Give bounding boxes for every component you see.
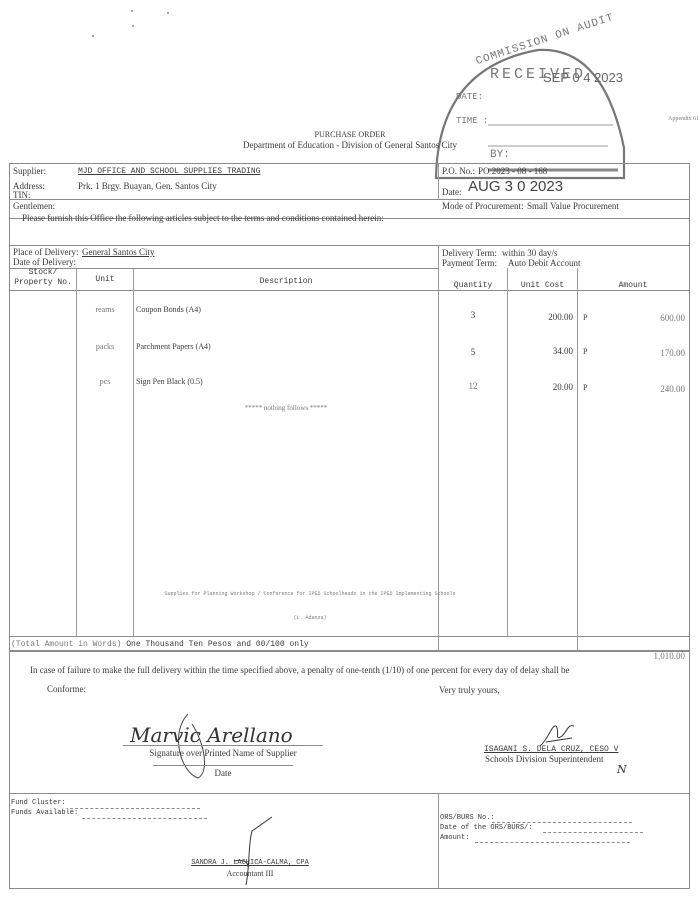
po-date-stamp: AUG 3 0 2023 xyxy=(468,178,563,195)
date-caption: Date xyxy=(153,768,293,779)
total-words-row: (Total Amount in Words) One Thousand Ten… xyxy=(11,639,309,650)
appendix-note: Appendix 61 xyxy=(668,114,699,125)
gentlemen-label: Gentlemen: xyxy=(13,201,55,212)
lower-frame xyxy=(9,650,690,889)
page-title: PURCHASE ORDER xyxy=(240,129,460,140)
ors-amount-label: Amount: xyxy=(440,833,469,844)
row-currency: P xyxy=(583,346,587,357)
penalty-text: In case of failure to make the full deli… xyxy=(30,665,570,676)
row-description: Coupon Bonds (A4) xyxy=(136,304,201,315)
col-header-unit-cost: Unit Cost xyxy=(508,280,577,291)
mode-value: Small Value Procurement xyxy=(527,201,619,212)
gentlemen-text: Please furnish this Office the following… xyxy=(22,213,384,224)
row-quantity: 12 xyxy=(439,381,507,392)
row-unit-cost: 20.00 xyxy=(508,382,573,393)
date-of-delivery-label: Date of Delivery: xyxy=(13,257,76,268)
row-unit-cost: 34.00 xyxy=(508,346,573,357)
col-header-quantity: Quantity xyxy=(439,280,507,291)
col-header-amount: Amount xyxy=(578,280,688,291)
row-currency: P xyxy=(583,312,587,323)
payment-term: Auto Debit Account xyxy=(508,258,581,269)
stamp-time-label: TIME : xyxy=(456,116,488,126)
mode-label: Mode of Procurement: xyxy=(442,201,523,212)
row-amount: 170.00 xyxy=(600,348,685,359)
tin-label: TIN: xyxy=(13,190,31,201)
supplier-label: Supplier: xyxy=(13,166,46,177)
page-subtitle: Department of Education - Division of Ge… xyxy=(160,140,540,151)
po-number-label: P.O. No.: xyxy=(442,166,475,177)
accountant-title: Accountant III xyxy=(190,868,310,879)
supplier-signature-caption: Signature over Printed Name of Supplier xyxy=(123,748,323,759)
row-amount: 240.00 xyxy=(600,384,685,395)
row-amount: 600.00 xyxy=(600,313,685,324)
nothing-follows: ***** nothing follows ***** xyxy=(134,403,438,414)
total-words: One Thousand Ten Pesos and 00/100 only xyxy=(126,640,308,649)
row-description: Sign Pen Black (0.5) xyxy=(136,376,203,387)
closing-text: Very truly yours, xyxy=(439,685,500,696)
po-date-label: Date: xyxy=(442,187,462,198)
po-number: PO 2023 - 08 - 168 xyxy=(478,166,547,177)
stamp-date-label: DATE: xyxy=(456,92,483,102)
col-header-description: Description xyxy=(134,276,438,287)
supplier-address: Prk. 1 Brgy. Buayan, Gen. Santos City xyxy=(78,181,217,192)
requester-note: (L. Adanza) xyxy=(260,613,360,624)
total-words-label: (Total Amount in Words) xyxy=(11,640,121,649)
row-quantity: 3 xyxy=(439,310,507,321)
row-unit: packs xyxy=(77,341,133,352)
payment-term-label: Payment Term: xyxy=(442,258,497,269)
row-unit: pcs xyxy=(77,376,133,387)
row-unit: reams xyxy=(77,304,133,315)
approver-title: Schools Division Superintendent xyxy=(485,754,604,765)
supplier-name: MJD OFFICE AND SCHOOL SUPPLIES TRADING xyxy=(78,166,260,177)
row-unit-cost: 200.00 xyxy=(508,312,573,323)
stamp-received-date: SEP 0 4 2023 xyxy=(543,70,623,85)
conforme-label: Conforme: xyxy=(47,684,86,695)
row-description: Parchment Papers (A4) xyxy=(136,341,211,352)
funds-available-label: Funds Available: xyxy=(11,808,78,819)
purpose-note: Supplies for Planning Workshop / Confere… xyxy=(110,589,510,600)
col-header-unit: Unit xyxy=(77,274,133,285)
initial-mark: N xyxy=(617,763,627,776)
place-of-delivery: General Santos City xyxy=(82,247,155,258)
row-quantity: 5 xyxy=(439,347,507,358)
col-header-stock: Stock/ Property No. xyxy=(10,268,76,288)
row-currency: P xyxy=(583,382,587,393)
